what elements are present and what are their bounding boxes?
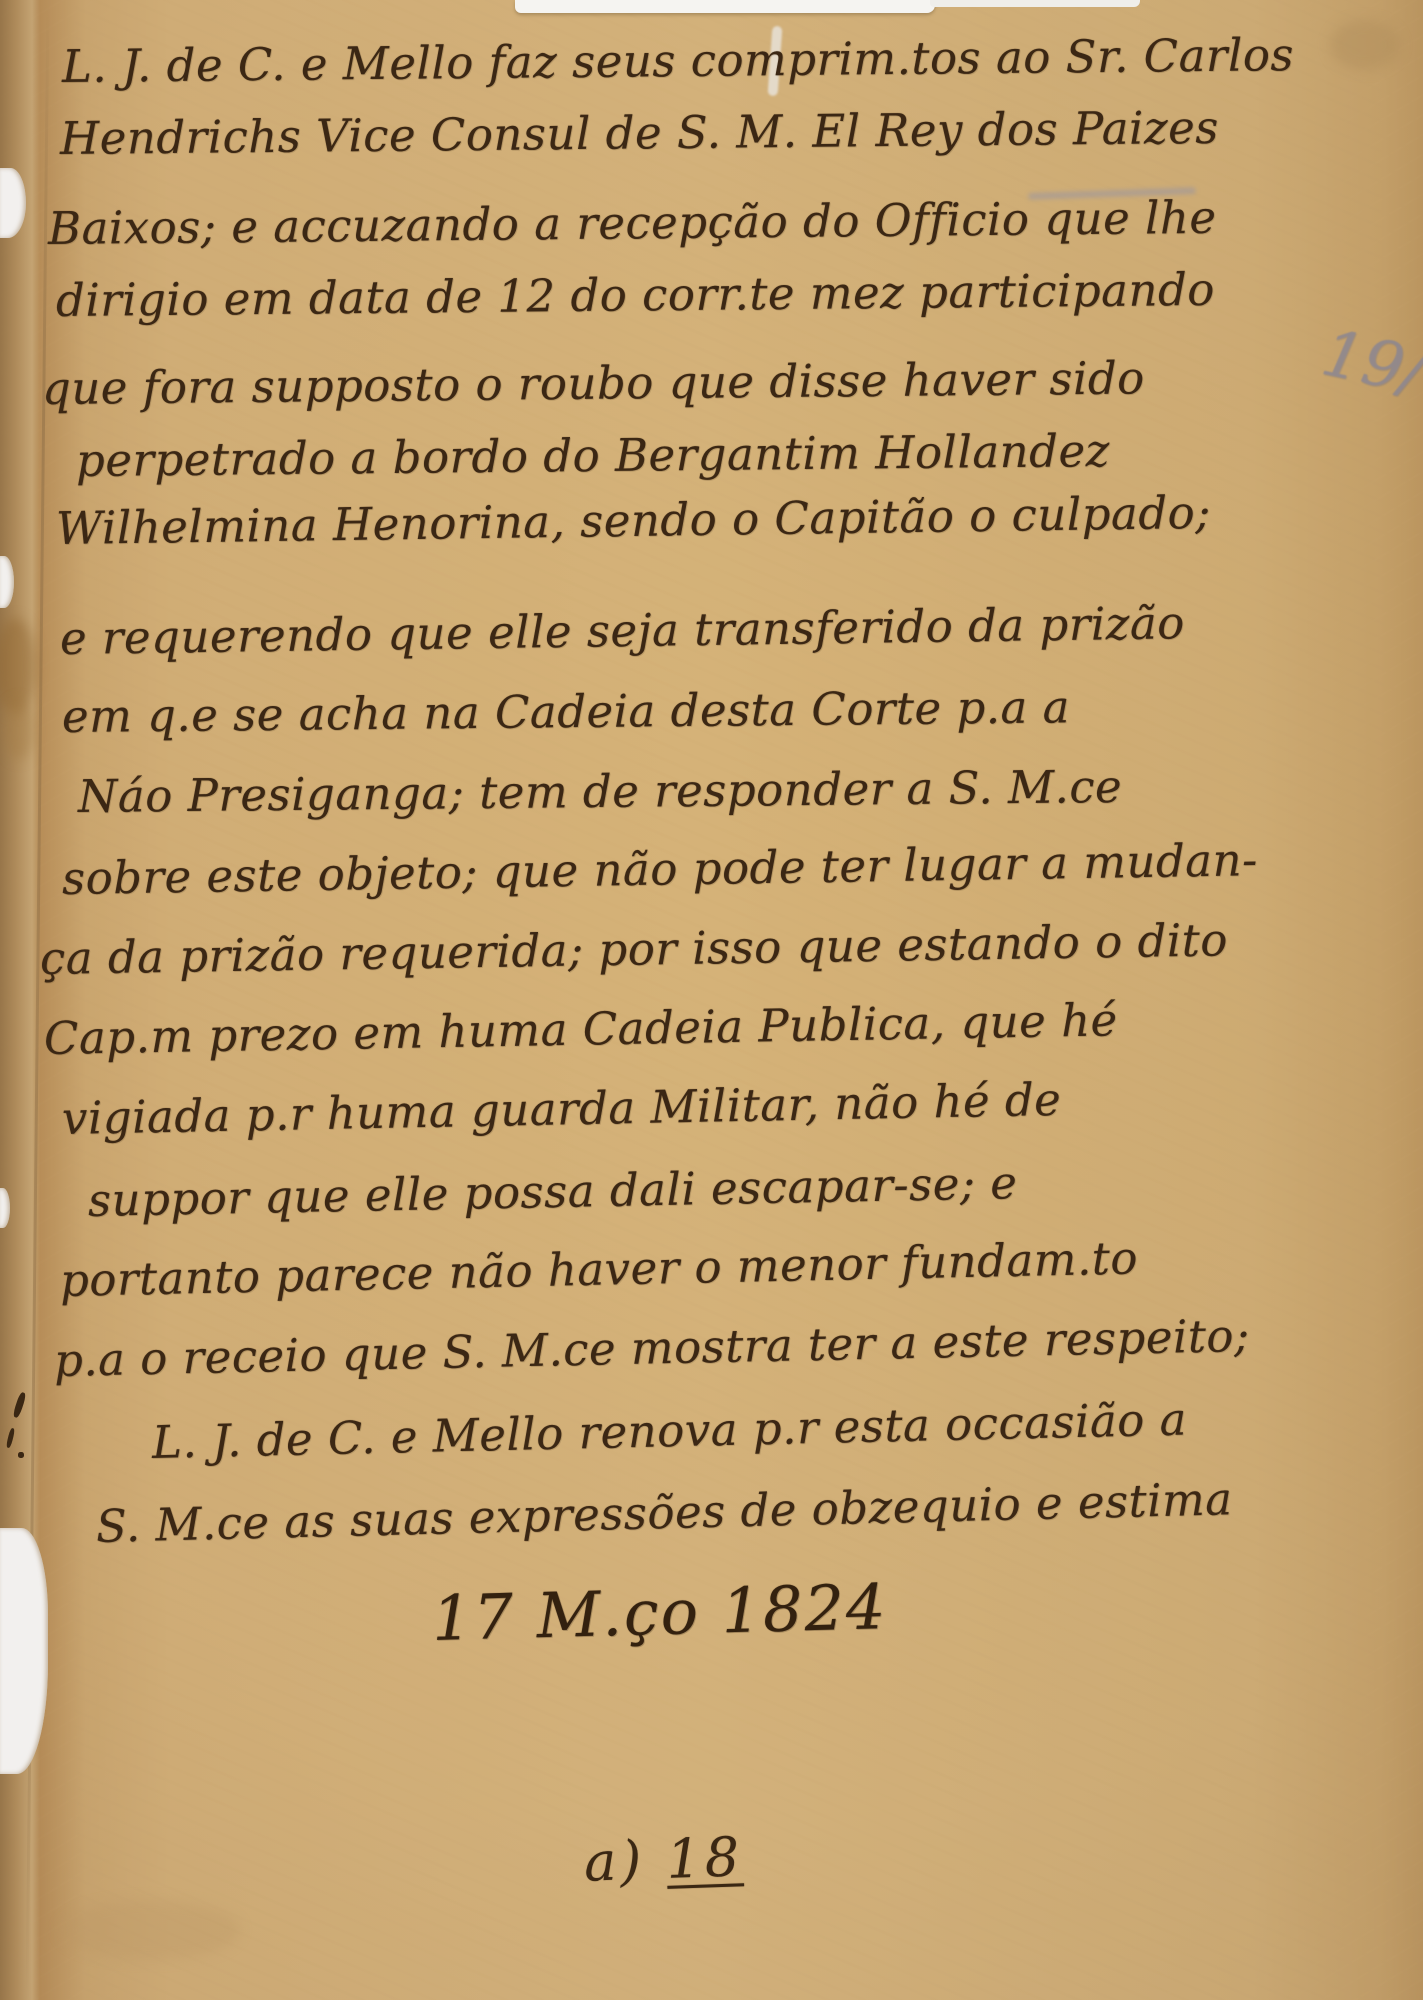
- torn-edge: [930, 0, 1140, 7]
- manuscript-line: Baixos; e accuzando a recepção do Offici…: [48, 191, 1217, 255]
- torn-edge: [515, 0, 935, 13]
- footer-page-number: 18: [665, 1825, 744, 1891]
- date-line: 17 M.ço 1824: [431, 1570, 888, 1655]
- footer-annotation: a) 18: [583, 1825, 744, 1894]
- manuscript-line: que fora supposto o roubo que disse have…: [42, 351, 1145, 415]
- manuscript-line: Náo Presiganga; tem de responder a S. M.…: [78, 760, 1123, 823]
- manuscript-line: Hendrichs Vice Consul de S. M. El Rey do…: [60, 101, 1219, 165]
- stain: [4, 700, 34, 760]
- ink-speck: [18, 1452, 24, 1458]
- stain: [60, 1900, 240, 1960]
- footer-prefix: a): [583, 1829, 646, 1894]
- manuscript-line: dirigio em data de 12 do corr.te mez par…: [56, 263, 1215, 327]
- stain: [1330, 20, 1400, 70]
- manuscript-line: em q.e se acha na Cadeia desta Corte p.a…: [62, 680, 1071, 743]
- manuscript-line: perpetrado a bordo do Bergantim Hollande…: [76, 424, 1110, 487]
- manuscript-page: L. J. de C. e Mello faz seus comprim.tos…: [0, 0, 1423, 2000]
